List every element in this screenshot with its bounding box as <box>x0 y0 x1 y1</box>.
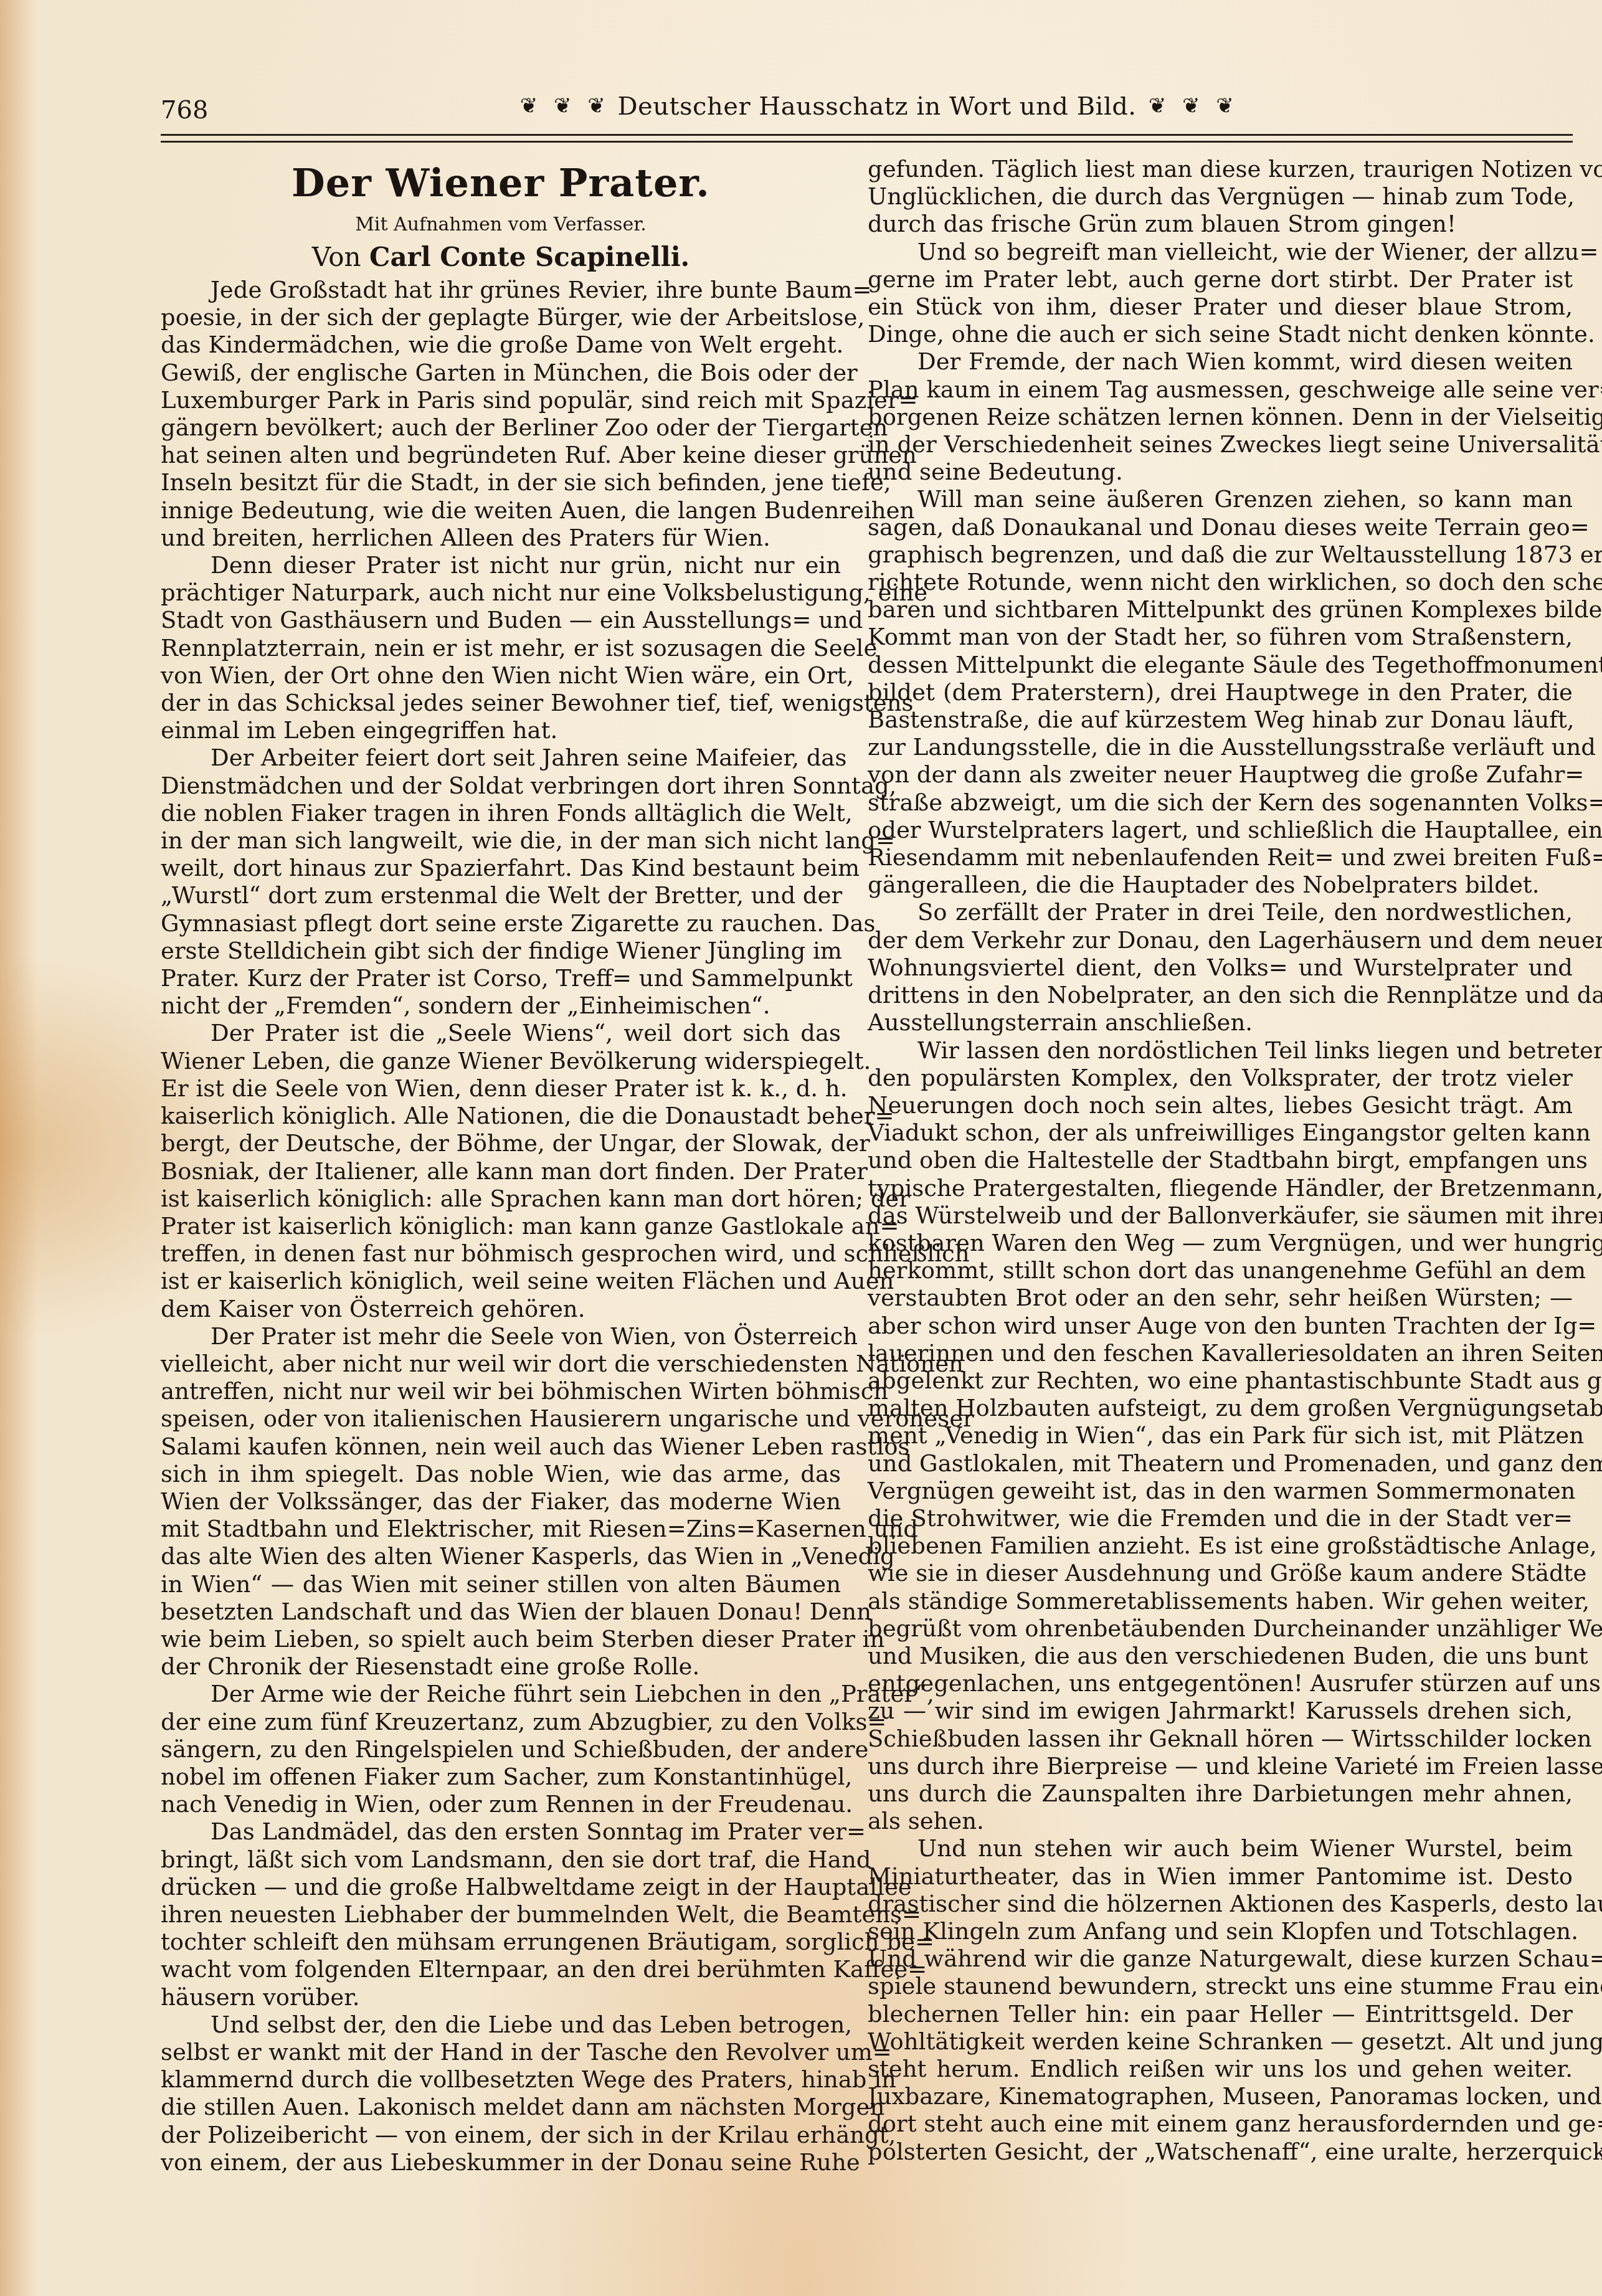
paragraph: Und nun stehen wir auch beim Wiener Wurs… <box>868 1835 1573 2165</box>
running-head-center: ❦ ❦ ❦ Deutscher Hausschatz in Wort und B… <box>323 92 1431 121</box>
text-line: Denn dieser Prater ist nicht nur grün, n… <box>161 552 841 579</box>
text-line: als sehen. <box>868 1808 1573 1835</box>
fleuron-ornament-icon: ❦ <box>1216 93 1234 118</box>
text-line: Viadukt schon, der als unfreiwilliges Ei… <box>868 1119 1573 1147</box>
text-line: straße abzweigt, um die sich der Kern de… <box>868 789 1573 817</box>
paragraph: Der Fremde, der nach Wien kommt, wird di… <box>868 348 1573 486</box>
text-line: zur Landungsstelle, die in die Ausstellu… <box>868 734 1573 761</box>
text-line: baren und sichtbaren Mittelpunkt des grü… <box>868 596 1573 624</box>
text-line: dort steht auch eine mit einem ganz hera… <box>868 2110 1573 2138</box>
text-line: bringt, läßt sich vom Landsmann, den sie… <box>161 1846 841 1874</box>
text-line: sein Klingeln zum Anfang und sein Klopfe… <box>868 1918 1573 1945</box>
text-line: und breiten, herrlichen Alleen des Prate… <box>161 524 841 552</box>
paragraph: Und selbst der, den die Liebe und das Le… <box>161 2011 841 2176</box>
text-line: die Strohwitwer, wie die Fremden und die… <box>868 1505 1573 1532</box>
text-line: gerne im Prater lebt, auch gerne dort st… <box>868 266 1573 293</box>
text-line: drücken — und die große Halbweltdame zei… <box>161 1874 841 1901</box>
fleuron-ornament-icon: ❦ <box>587 93 605 118</box>
fleuron-ornament-icon: ❦ <box>554 93 572 118</box>
text-line: die noblen Fiaker tragen in ihren Fonds … <box>161 800 841 827</box>
text-line: als ständige Sommeretablissements haben.… <box>868 1588 1573 1615</box>
paragraph: Wir lassen den nordöstlichen Teil links … <box>868 1037 1573 1836</box>
paragraph: Der Arbeiter feiert dort seit Jahren sei… <box>161 744 841 1020</box>
text-line: treffen, in denen fast nur böhmisch gesp… <box>161 1240 841 1268</box>
text-line: Stadt von Gasthäusern und Buden — ein Au… <box>161 607 841 634</box>
text-line: Bosniak, der Italiener, alle kann man do… <box>161 1158 841 1185</box>
text-line: drittens in den Nobelprater, an den sich… <box>868 982 1573 1009</box>
text-line: den populärsten Komplex, den Volksprater… <box>868 1065 1573 1092</box>
text-line: herkommt, stillt schon dort das unangene… <box>868 1257 1573 1284</box>
author-name: Carl Conte Scapinelli. <box>369 242 690 272</box>
text-line: wacht vom folgenden Elternpaar, an den d… <box>161 1956 841 1983</box>
text-line: Inseln besitzt für die Stadt, in der sie… <box>161 469 841 496</box>
text-line: So zerfällt der Prater in drei Teile, de… <box>868 899 1573 926</box>
text-line: nobel im offenen Fiaker zum Sacher, zum … <box>161 1763 841 1791</box>
paragraph: Und so begreift man vielleicht, wie der … <box>868 239 1573 349</box>
text-line: Luxemburger Park in Paris sind populär, … <box>161 387 841 414</box>
text-line: Der Arbeiter feiert dort seit Jahren sei… <box>161 744 841 772</box>
paragraph: Will man seine äußeren Grenzen ziehen, s… <box>868 486 1573 899</box>
page-number: 768 <box>161 96 208 125</box>
text-line: nicht der „Fremden“, sondern der „Einhei… <box>161 992 841 1020</box>
text-line: poesie, in der sich der geplagte Bürger,… <box>161 304 841 331</box>
text-line: selbst er wankt mit der Hand in der Tasc… <box>161 2039 841 2066</box>
text-line: Kommt man von der Stadt her, so führen v… <box>868 624 1573 651</box>
text-line: und Gastlokalen, mit Theatern und Promen… <box>868 1450 1573 1478</box>
text-line: klammernd durch die vollbesetzten Wege d… <box>161 2066 841 2094</box>
byline-prefix: Von <box>312 242 361 272</box>
fleuron-ornament-icon: ❦ <box>1182 93 1200 118</box>
text-line: antreffen, nicht nur weil wir bei böhmis… <box>161 1378 841 1405</box>
text-line: Der Arme wie der Reiche führt sein Liebc… <box>161 1681 841 1708</box>
publication-title: Deutscher Hausschatz in Wort und Bild. <box>617 92 1136 121</box>
text-line: Wohltätigkeit werden keine Schranken — g… <box>868 2028 1573 2056</box>
article-subtitle: Mit Aufnahmen vom Verfasser. <box>161 211 841 239</box>
text-line: speisen, oder von italienischen Hausiere… <box>161 1405 841 1433</box>
text-line: der in das Schicksal jedes seiner Bewohn… <box>161 690 841 717</box>
text-line: polsterten Gesicht, der „Watschenaff“, e… <box>868 2138 1573 2166</box>
paragraph: Denn dieser Prater ist nicht nur grün, n… <box>161 552 841 744</box>
text-line: von Wien, der Ort ohne den Wien nicht Wi… <box>161 662 841 690</box>
text-line: abgelenkt zur Rechten, wo eine phantasti… <box>868 1367 1573 1395</box>
text-line: Juxbazare, Kinematographen, Museen, Pano… <box>868 2083 1573 2110</box>
text-line: spiele staunend bewundern, streckt uns e… <box>868 1973 1573 2000</box>
text-line: innige Bedeutung, wie die weiten Auen, d… <box>161 497 841 524</box>
text-line: in der man sich langweilt, wie die, in d… <box>161 827 841 855</box>
text-line: borgenen Reize schätzen lernen können. D… <box>868 404 1573 431</box>
text-line: einmal im Leben eingegriffen hat. <box>161 717 841 744</box>
header-rule-top <box>161 134 1573 136</box>
text-line: steht herum. Endlich reißen wir uns los … <box>868 2056 1573 2083</box>
text-line: Schießbuden lassen ihr Geknall hören — W… <box>868 1725 1573 1753</box>
running-head: 768 ❦ ❦ ❦ Deutscher Hausschatz in Wort u… <box>161 92 1573 130</box>
text-line: sängern, zu den Ringelspielen und Schieß… <box>161 1736 841 1763</box>
text-line: bliebenen Familien anzieht. Es ist eine … <box>868 1532 1573 1560</box>
text-line: ein Stück von ihm, dieser Prater und die… <box>868 293 1573 321</box>
text-line: bergt, der Deutsche, der Böhme, der Unga… <box>161 1130 841 1157</box>
text-line: Wir lassen den nordöstlichen Teil links … <box>868 1037 1573 1065</box>
text-line: typische Pratergestalten, fliegende Händ… <box>868 1175 1573 1202</box>
text-line: Ausstellungsterrain anschließen. <box>868 1009 1573 1037</box>
text-line: Und selbst der, den die Liebe und das Le… <box>161 2011 841 2039</box>
paragraph: Der Prater ist die „Seele Wiens“, weil d… <box>161 1020 841 1322</box>
text-line: Wiener Leben, die ganze Wiener Bevölkeru… <box>161 1048 841 1075</box>
text-line: verstaubten Brot oder an den sehr, sehr … <box>868 1284 1573 1312</box>
text-line: vielleicht, aber nicht nur weil wir dort… <box>161 1350 841 1378</box>
text-line: und seine Bedeutung. <box>868 458 1573 486</box>
text-line: kostbaren Waren den Weg — zum Vergnügen,… <box>868 1230 1573 1257</box>
text-line: zu — wir sind im ewigen Jahrmarkt! Karus… <box>868 1697 1573 1725</box>
left-column: Der Wiener Prater. Mit Aufnahmen vom Ver… <box>161 154 841 2176</box>
text-line: und Musiken, die aus den verschiedenen B… <box>868 1643 1573 1670</box>
text-line: gefunden. Täglich liest man diese kurzen… <box>868 156 1573 183</box>
text-line: Salami kaufen können, nein weil auch das… <box>161 1433 841 1461</box>
text-line: gängern bevölkert; auch der Berliner Zoo… <box>161 414 841 442</box>
text-line: Gymnasiast pflegt dort seine erste Zigar… <box>161 910 841 937</box>
text-line: lauerinnen und den feschen Kavalleriesol… <box>868 1340 1573 1367</box>
paragraph: gefunden. Täglich liest man diese kurzen… <box>868 156 1573 239</box>
text-line: uns durch die Zaunspalten ihre Darbietun… <box>868 1780 1573 1808</box>
text-line: mit Stadtbahn und Elektrischer, mit Ries… <box>161 1516 841 1543</box>
text-line: Jede Großstadt hat ihr grünes Revier, ih… <box>161 277 841 304</box>
text-line: Der Prater ist mehr die Seele von Wien, … <box>161 1323 841 1350</box>
text-line: Der Fremde, der nach Wien kommt, wird di… <box>868 348 1573 376</box>
text-line: Dienstmädchen und der Soldat verbringen … <box>161 772 841 800</box>
text-line: gängeralleen, die die Hauptader des Nobe… <box>868 871 1573 899</box>
text-line: in Wien“ — das Wien mit seiner stillen v… <box>161 1571 841 1598</box>
text-line: graphisch begrenzen, und daß die zur Wel… <box>868 541 1573 569</box>
paragraph: So zerfällt der Prater in drei Teile, de… <box>868 899 1573 1037</box>
text-line: ist kaiserlich königlich: alle Sprachen … <box>161 1185 841 1213</box>
paragraph: Der Arme wie der Reiche führt sein Liebc… <box>161 1681 841 1818</box>
text-line: prächtiger Naturpark, auch nicht nur ein… <box>161 579 841 607</box>
text-line: der Chronik der Riesenstadt eine große R… <box>161 1653 841 1681</box>
text-line: das Kindermädchen, wie die große Dame vo… <box>161 331 841 359</box>
text-line: Das Landmädel, das den ersten Sonntag im… <box>161 1818 841 1846</box>
text-line: dessen Mittelpunkt die elegante Säule de… <box>868 652 1573 679</box>
text-line: begrüßt vom ohrenbetäubenden Durcheinand… <box>868 1615 1573 1643</box>
text-line: von der dann als zweiter neuer Hauptweg … <box>868 761 1573 789</box>
text-line: weilt, dort hinaus zur Spazierfahrt. Das… <box>161 855 841 882</box>
text-line: ment „Venedig in Wien“, das ein Park für… <box>868 1422 1573 1449</box>
article-title: Der Wiener Prater. <box>161 158 841 208</box>
text-line: entgegenlachen, uns entgegentönen! Ausru… <box>868 1670 1573 1697</box>
paragraph: Der Prater ist mehr die Seele von Wien, … <box>161 1323 841 1681</box>
fleuron-ornament-icon: ❦ <box>1149 93 1167 118</box>
text-line: uns durch ihre Bierpreise — und kleine V… <box>868 1753 1573 1780</box>
text-line: hat seinen alten und begründeten Ruf. Ab… <box>161 442 841 469</box>
paragraph: Jede Großstadt hat ihr grünes Revier, ih… <box>161 277 841 552</box>
text-line: Plan kaum in einem Tag ausmessen, geschw… <box>868 376 1573 404</box>
text-line: Wien der Volkssänger, das der Fiaker, da… <box>161 1488 841 1516</box>
text-line: nach Venedig in Wien, oder zum Rennen in… <box>161 1791 841 1818</box>
text-line: die stillen Auen. Lakonisch meldet dann … <box>161 2094 841 2121</box>
text-line: Wohnungsviertel dient, den Volks= und Wu… <box>868 954 1573 982</box>
text-line: Prater. Kurz der Prater ist Corso, Treff… <box>161 965 841 992</box>
text-line: ihren neuesten Liebhaber der bummelnden … <box>161 1901 841 1928</box>
text-line: Neuerungen doch noch sein altes, liebes … <box>868 1092 1573 1119</box>
text-line: Dinge, ohne die auch er sich seine Stadt… <box>868 321 1573 348</box>
text-line: Und so begreift man vielleicht, wie der … <box>868 239 1573 266</box>
text-line: Bastenstraße, die auf kürzestem Weg hina… <box>868 706 1573 734</box>
text-line: und oben die Haltestelle der Stadtbahn b… <box>868 1147 1573 1174</box>
text-line: blechernen Teller hin: ein paar Heller —… <box>868 2001 1573 2028</box>
header-rule-bottom <box>161 141 1573 143</box>
text-line: Und nun stehen wir auch beim Wiener Wurs… <box>868 1835 1573 1862</box>
text-line: durch das frische Grün zum blauen Strom … <box>868 211 1573 238</box>
text-line: Und während wir die ganze Naturgewalt, d… <box>868 1945 1573 1973</box>
text-line: in der Verschiedenheit seines Zweckes li… <box>868 431 1573 458</box>
text-line: sich in ihm spiegelt. Das noble Wien, wi… <box>161 1461 841 1488</box>
text-line: wie beim Lieben, so spielt auch beim Ste… <box>161 1626 841 1653</box>
text-line: Miniaturtheater, das in Wien immer Panto… <box>868 1863 1573 1890</box>
paragraph: Das Landmädel, das den ersten Sonntag im… <box>161 1818 841 2011</box>
text-line: der dem Verkehr zur Donau, den Lagerhäus… <box>868 927 1573 954</box>
text-line: erste Stelldichein gibt sich der findige… <box>161 937 841 965</box>
text-line: Vergnügen geweiht ist, das in den warmen… <box>868 1478 1573 1505</box>
text-line: oder Wurstelpraters lagert, und schließl… <box>868 817 1573 844</box>
text-line: der eine zum fünf Kreuzertanz, zum Abzug… <box>161 1709 841 1736</box>
text-line: wie sie in dieser Ausdehnung und Größe k… <box>868 1560 1573 1587</box>
text-line: Rennplatzterrain, nein er ist mehr, er i… <box>161 635 841 662</box>
text-line: Prater ist kaiserlich königlich: man kan… <box>161 1213 841 1240</box>
text-line: Unglücklichen, die durch das Vergnügen —… <box>868 183 1573 211</box>
text-line: drastischer sind die hölzernen Aktionen … <box>868 1890 1573 1918</box>
text-line: häusern vorüber. <box>161 1984 841 2011</box>
text-line: tochter schleift den mühsam errungenen B… <box>161 1928 841 1956</box>
text-line: Riesendamm mit nebenlaufenden Reit= und … <box>868 844 1573 871</box>
left-column-body: Jede Großstadt hat ihr grünes Revier, ih… <box>161 277 841 2176</box>
text-line: bildet (dem Praterstern), drei Hauptwege… <box>868 679 1573 706</box>
text-line: Der Prater ist die „Seele Wiens“, weil d… <box>161 1020 841 1047</box>
article-byline: Von Carl Conte Scapinelli. <box>161 239 841 275</box>
text-line: Will man seine äußeren Grenzen ziehen, s… <box>868 486 1573 513</box>
text-line: kaiserlich königlich. Alle Nationen, die… <box>161 1103 841 1130</box>
text-line: malten Holzbauten aufsteigt, zu dem groß… <box>868 1395 1573 1422</box>
page-edge-shading <box>0 0 37 2296</box>
text-line: das alte Wien des alten Wiener Kasperls,… <box>161 1543 841 1570</box>
text-line: dem Kaiser von Österreich gehören. <box>161 1296 841 1323</box>
text-line: aber schon wird unser Auge von den bunte… <box>868 1312 1573 1340</box>
text-line: besetzten Landschaft und das Wien der bl… <box>161 1598 841 1626</box>
text-line: sagen, daß Donaukanal und Donau dieses w… <box>868 514 1573 541</box>
text-line: der Polizeibericht — von einem, der sich… <box>161 2122 841 2149</box>
text-line: das Würstelweib und der Ballonverkäufer,… <box>868 1202 1573 1230</box>
right-column: gefunden. Täglich liest man diese kurzen… <box>868 156 1573 2166</box>
text-line: von einem, der aus Liebeskummer in der D… <box>161 2149 841 2176</box>
text-line: ist er kaiserlich königlich, weil seine … <box>161 1268 841 1295</box>
text-line: Gewiß, der englische Garten in München, … <box>161 359 841 387</box>
text-line: „Wurstl“ dort zum erstenmal die Welt der… <box>161 882 841 909</box>
right-column-body: gefunden. Täglich liest man diese kurzen… <box>868 156 1573 2166</box>
text-line: Er ist die Seele von Wien, denn dieser P… <box>161 1075 841 1103</box>
text-line: richtete Rotunde, wenn nicht den wirklic… <box>868 569 1573 596</box>
fleuron-ornament-icon: ❦ <box>520 93 538 118</box>
